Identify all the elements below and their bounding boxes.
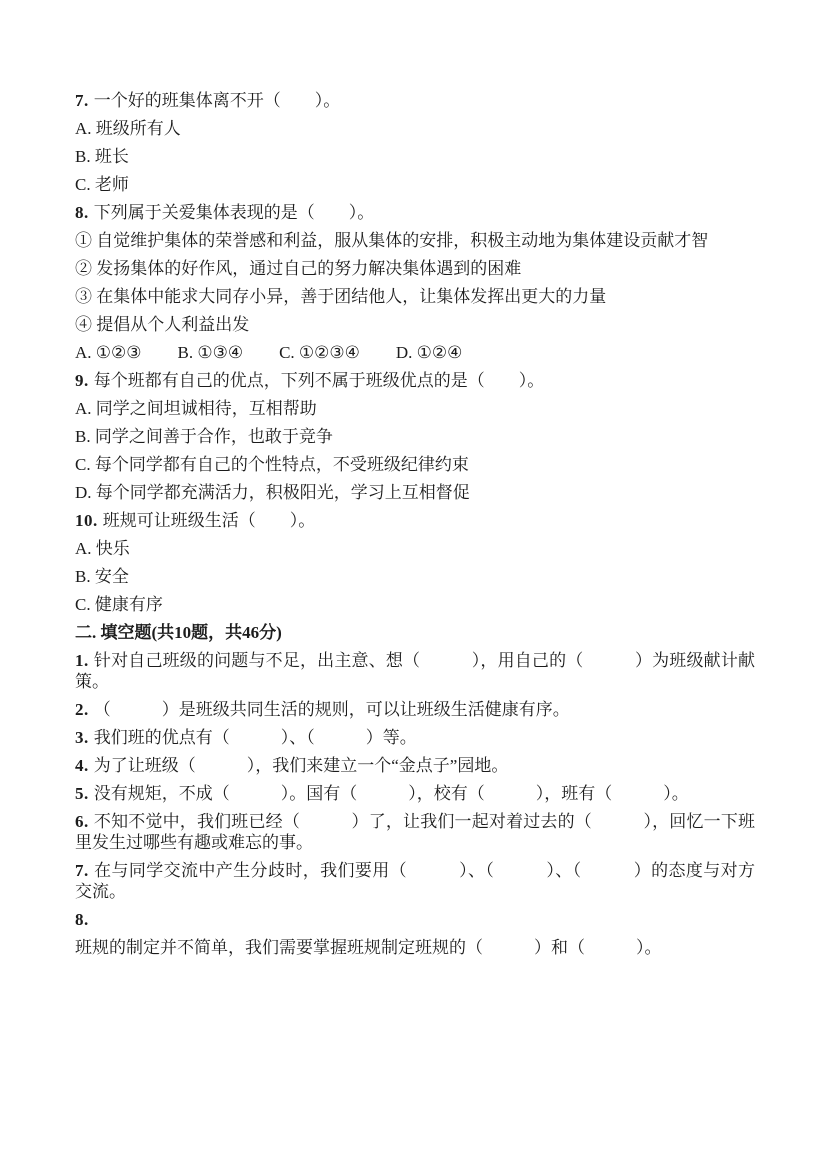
question-9-option-c: C. 每个同学都有自己的个性特点，不受班级纪律约束: [75, 454, 755, 475]
fill-item-8-number-line: 8.: [75, 909, 755, 930]
question-9-stem: 每个班都有自己的优点，下列不属于班级优点的是（ ）。: [94, 371, 545, 390]
question-10-number: 10.: [75, 511, 98, 530]
question-8-statement-2: ② 发扬集体的好作风，通过自己的努力解决集体遇到的困难: [75, 258, 755, 279]
question-7-number: 7.: [75, 91, 89, 110]
fill-item-8-text-line: 班规的制定并不简单，我们需要掌握班规制定班规的（ ）和（ ）。: [75, 937, 755, 958]
question-7-stem: 一个好的班集体离不开（ ）。: [94, 91, 341, 110]
fill-item-8-text: 班规的制定并不简单，我们需要掌握班规制定班规的（ ）和（ ）。: [75, 938, 662, 957]
exam-page: 7.一个好的班集体离不开（ ）。 A. 班级所有人 B. 班长 C. 老师 8.…: [0, 0, 826, 1169]
question-8-option-c: C. ①②③④: [279, 343, 360, 362]
question-7-option-a: A. 班级所有人: [75, 118, 755, 139]
fill-item-3-text: 我们班的优点有（ ）、（ ）等。: [94, 728, 417, 747]
question-9-number: 9.: [75, 371, 89, 390]
fill-item-2: 2.（ ）是班级共同生活的规则，可以让班级生活健康有序。: [75, 699, 755, 720]
fill-item-5-text: 没有规矩，不成（ ）。国有（ ），校有（ ），班有（ ）。: [94, 784, 689, 803]
question-8-answer-options-line: A. ①②③B. ①③④C. ①②③④D. ①②④: [75, 342, 755, 363]
fill-item-6-number: 6.: [75, 812, 89, 831]
fill-item-3: 3.我们班的优点有（ ）、（ ）等。: [75, 727, 755, 748]
fill-item-4-number: 4.: [75, 756, 89, 775]
question-7-option-c: C. 老师: [75, 174, 755, 195]
question-9-option-d: D. 每个同学都充满活力，积极阳光，学习上互相督促: [75, 482, 755, 503]
fill-item-1: 1.针对自己班级的问题与不足，出主意、想（ ），用自己的（ ）为班级献计献策。: [75, 650, 755, 692]
question-8-statement-1: ① 自觉维护集体的荣誉感和利益，服从集体的安排，积极主动地为集体建设贡献才智: [75, 230, 755, 251]
question-9-stem-line: 9.每个班都有自己的优点，下列不属于班级优点的是（ ）。: [75, 370, 755, 391]
fill-section-heading: 二. 填空题(共10题，共46分): [75, 622, 755, 643]
question-8-statement-4: ④ 提倡从个人利益出发: [75, 314, 755, 335]
question-8-option-d: D. ①②④: [396, 343, 463, 362]
fill-item-7-text: 在与同学交流中产生分歧时，我们要用（ ）、（ ）、（ ）的态度与对方交流。: [75, 861, 755, 901]
question-7-stem-line: 7.一个好的班集体离不开（ ）。: [75, 90, 755, 111]
fill-item-6: 6.不知不觉中，我们班已经（ ）了，让我们一起对着过去的（ ），回忆一下班里发生…: [75, 811, 755, 853]
fill-item-6-text: 不知不觉中，我们班已经（ ）了，让我们一起对着过去的（ ），回忆一下班里发生过哪…: [75, 812, 755, 852]
question-8-number: 8.: [75, 203, 89, 222]
question-8-option-b: B. ①③④: [178, 343, 244, 362]
fill-item-2-number: 2.: [75, 700, 89, 719]
question-8-option-a: A. ①②③: [75, 343, 142, 362]
question-8-stem-line: 8.下列属于关爱集体表现的是（ ）。: [75, 202, 755, 223]
fill-item-5-number: 5.: [75, 784, 89, 803]
question-8-statement-3: ③ 在集体中能求大同存小异，善于团结他人，让集体发挥出更大的力量: [75, 286, 755, 307]
fill-item-7-number: 7.: [75, 861, 89, 880]
question-10-stem-line: 10.班规可让班级生活（ ）。: [75, 510, 755, 531]
fill-item-7: 7.在与同学交流中产生分歧时，我们要用（ ）、（ ）、（ ）的态度与对方交流。: [75, 860, 755, 902]
question-9-option-b: B. 同学之间善于合作，也敢于竞争: [75, 426, 755, 447]
question-10-option-b: B. 安全: [75, 566, 755, 587]
question-10-option-c: C. 健康有序: [75, 594, 755, 615]
fill-item-4: 4.为了让班级（ ），我们来建立一个“金点子”园地。: [75, 755, 755, 776]
question-10-stem: 班规可让班级生活（ ）。: [103, 511, 316, 530]
fill-item-8-number: 8.: [75, 910, 89, 929]
fill-item-1-text: 针对自己班级的问题与不足，出主意、想（ ），用自己的（ ）为班级献计献策。: [75, 651, 755, 691]
fill-item-2-text: （ ）是班级共同生活的规则，可以让班级生活健康有序。: [94, 700, 570, 719]
fill-item-1-number: 1.: [75, 651, 89, 670]
fill-item-5: 5.没有规矩，不成（ ）。国有（ ），校有（ ），班有（ ）。: [75, 783, 755, 804]
question-8-stem: 下列属于关爱集体表现的是（ ）。: [94, 203, 375, 222]
fill-item-3-number: 3.: [75, 728, 89, 747]
fill-item-4-text: 为了让班级（ ），我们来建立一个“金点子”园地。: [94, 756, 509, 775]
question-7-option-b: B. 班长: [75, 146, 755, 167]
question-10-option-a: A. 快乐: [75, 538, 755, 559]
question-9-option-a: A. 同学之间坦诚相待，互相帮助: [75, 398, 755, 419]
